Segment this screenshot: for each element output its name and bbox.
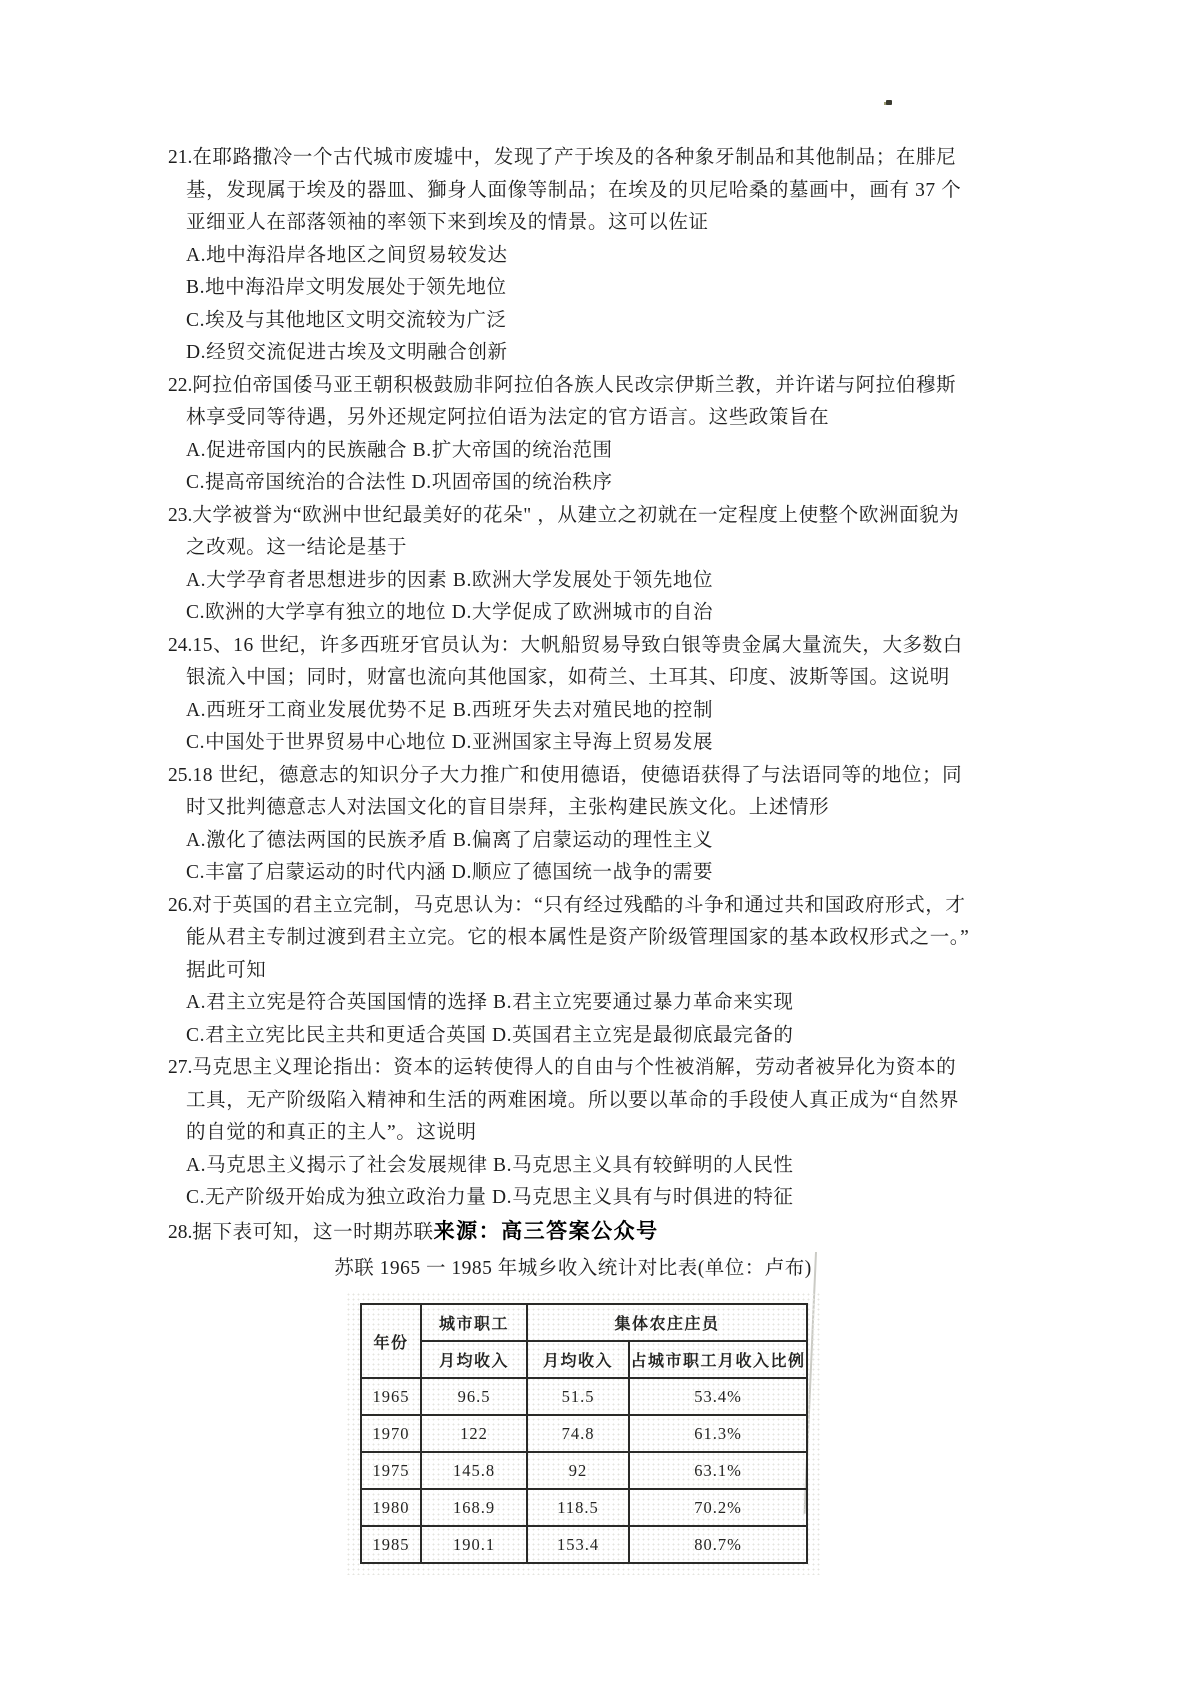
question-stem-line: 能从君主专制过渡到君主立完。它的根本属性是资产阶级管理国家的基本政权形式之一。” [168,922,978,955]
stem-text: 在耶路撒冷一个古代城市废墟中，发现了产于埃及的各种象牙制品和其他制品；在腓尼 [192,147,956,168]
stem-text: 大学被誉为“欧洲中世纪最美好的花朵" ，从建立之初就在一定程度上使整个欧洲面貌为 [192,505,959,526]
question-stem-line: 银流入中国；同时，财富也流向其他国家，如荷兰、土耳其、印度、波斯等国。这说明 [168,662,978,695]
question-25: 25.18 世纪，德意志的知识分子大力推广和使用德语，使德语获得了与法语同等的地… [168,760,978,890]
question-stem-line: 24.15、16 世纪，许多西班牙官员认为：大帆船贸易导致白银等贵金属大量流失，… [168,630,978,663]
cell-ratio: 61.3% [629,1415,807,1452]
option-line: C.埃及与其他地区文明交流较为广泛 [168,305,978,338]
question-stem-line: 时又批判德意志人对法国文化的盲目崇拜，主张构建民族文化。上述情形 [168,792,978,825]
question-stem-line: 据此可知 [168,955,978,988]
question-22: 22.阿拉伯帝国倭马亚王朝积极鼓励非阿拉伯各族人民改宗伊斯兰教，并许诺与阿拉伯穆… [168,370,978,500]
cell-farm-income: 51.5 [527,1378,629,1415]
question-stem-line: 之改观。这一结论是基于 [168,532,978,565]
cell-year: 1985 [361,1526,421,1563]
cell-urban-income: 122 [421,1415,527,1452]
option-line: A.马克思主义揭示了社会发展规律 B.马克思主义具有较鲜明的人民性 [168,1150,978,1183]
question-stem-line: 27.马克思主义理论指出：资本的运转使得人的自由与个性被消解，劳动者被异化为资本… [168,1052,978,1085]
cell-year: 1970 [361,1415,421,1452]
header-year: 年份 [361,1304,421,1378]
question-stem-line: 22.阿拉伯帝国倭马亚王朝积极鼓励非阿拉伯各族人民改宗伊斯兰教，并许诺与阿拉伯穆… [168,370,978,403]
cell-ratio: 53.4% [629,1378,807,1415]
table-title: 苏联 1965 一 1985 年城乡收入统计对比表(单位：卢布) [168,1252,978,1286]
cell-year: 1975 [361,1452,421,1489]
stem-text: 阿拉伯帝国倭马亚王朝积极鼓励非阿拉伯各族人民改宗伊斯兰教，并许诺与阿拉伯穆斯 [192,375,956,396]
question-stem-line: 21.在耶路撒冷一个古代城市废墟中，发现了产于埃及的各种象牙制品和其他制品；在腓… [168,142,978,175]
option-line: A.激化了德法两国的民族矛盾 B.偏离了启蒙运动的理性主义 [168,825,978,858]
income-table-region: 年份 城市职工 集体农庄庄员 月均收入 月均收入 占城市职工月收入比例 1965… [346,1292,822,1575]
stem-text: 马克思主义理论指出：资本的运转使得人的自由与个性被消解，劳动者被异化为资本的 [192,1057,956,1078]
question-list: 21.在耶路撒冷一个古代城市废墟中，发现了产于埃及的各种象牙制品和其他制品；在腓… [168,142,978,1575]
question-stem-line: 基，发现属于埃及的器皿、獅身人面像等制品；在埃及的贝尼哈桑的墓画中，画有 37 … [168,175,978,208]
option-line: A.促进帝国内的民族融合 B.扩大帝国的统治范围 [168,435,978,468]
watermark-text: 来源：高三答案公众号 [434,1219,659,1243]
question-21: 21.在耶路撒冷一个古代城市废墟中，发现了产于埃及的各种象牙制品和其他制品；在腓… [168,142,978,370]
question-stem-line: 25.18 世纪，德意志的知识分子大力推广和使用德语，使德语获得了与法语同等的地… [168,760,978,793]
header-urban-workers: 城市职工 [421,1304,527,1341]
question-number: 25. [168,765,192,786]
cell-ratio: 63.1% [629,1452,807,1489]
question-stem-line: 的自觉的和真正的主人”。这说明 [168,1117,978,1150]
cell-ratio: 80.7% [629,1526,807,1563]
question-24: 24.15、16 世纪，许多西班牙官员认为：大帆船贸易导致白银等贵金属大量流失，… [168,630,978,760]
option-line: C.无产阶级开始成为独立政治力量 D.马克思主义具有与时俱进的特征 [168,1182,978,1215]
stem-text: 15、16 世纪，许多西班牙官员认为：大帆船贸易导致白银等贵金属大量流失，大多数… [192,635,962,656]
header-income-ratio: 占城市职工月收入比例 [629,1341,807,1378]
question-27: 27.马克思主义理论指出：资本的运转使得人的自由与个性被消解，劳动者被异化为资本… [168,1052,978,1215]
question-number: 24. [168,635,192,656]
header-farm-monthly-income: 月均收入 [527,1341,629,1378]
option-line: C.提高帝国统治的合法性 D.巩固帝国的统治秩序 [168,467,978,500]
table-row: 1980 168.9 118.5 70.2% [361,1489,807,1526]
question-stem-line: 亚细亚人在部落领袖的率领下来到埃及的情景。这可以佐证 [168,207,978,240]
question-stem-line: 23.大学被誉为“欧洲中世纪最美好的花朵" ，从建立之初就在一定程度上使整个欧洲… [168,500,978,533]
question-number: 23. [168,505,192,526]
option-line: A.大学孕育者思想进步的因素 B.欧洲大学发展处于领先地位 [168,565,978,598]
question-26: 26.对于英国的君主立完制，马克思认为：“只有经过残酷的斗争和通过共和国政府形式… [168,890,978,1053]
cell-urban-income: 190.1 [421,1526,527,1563]
question-28: 28.据下表可知，这一时期苏联来源：高三答案公众号 苏联 1965 一 1985… [168,1215,978,1576]
cell-farm-income: 118.5 [527,1489,629,1526]
option-line: A.君主立宪是符合英国国情的选择 B.君主立宪要通过暴力革命来实现 [168,987,978,1020]
table-header-row: 年份 城市职工 集体农庄庄员 [361,1304,807,1341]
stem-text: 据下表可知，这一时期苏联 [192,1222,433,1243]
option-line: A.地中海沿岸各地区之间贸易较发达 [168,240,978,273]
cell-farm-income: 74.8 [527,1415,629,1452]
cell-farm-income: 153.4 [527,1526,629,1563]
cell-year: 1980 [361,1489,421,1526]
option-line: C.欧洲的大学享有独立的地位 D.大学促成了欧洲城市的自治 [168,597,978,630]
cell-urban-income: 96.5 [421,1378,527,1415]
question-number: 22. [168,375,192,396]
option-line: C.君主立宪比民主共和更适合英国 D.英国君主立宪是最彻底最完备的 [168,1020,978,1053]
question-number: 26. [168,895,192,916]
option-line: D.经贸交流促进古埃及文明融合创新 [168,337,978,370]
exam-page: 21.在耶路撒冷一个古代城市废墟中，发现了产于埃及的各种象牙制品和其他制品；在腓… [0,0,1200,1698]
scan-speck-artifact [886,100,892,105]
question-number: 27. [168,1057,192,1078]
cell-urban-income: 168.9 [421,1489,527,1526]
table-row: 1970 122 74.8 61.3% [361,1415,807,1452]
question-stem-line: 林享受同等待遇，另外还规定阿拉伯语为法定的官方语言。这些政策旨在 [168,402,978,435]
stem-text: 18 世纪，德意志的知识分子大力推广和使用德语，使德语获得了与法语同等的地位；同 [192,765,962,786]
income-table: 年份 城市职工 集体农庄庄员 月均收入 月均收入 占城市职工月收入比例 1965… [360,1303,808,1564]
cell-farm-income: 92 [527,1452,629,1489]
option-line: C.丰富了启蒙运动的时代内涵 D.顺应了德国统一战争的需要 [168,857,978,890]
question-23: 23.大学被誉为“欧洲中世纪最美好的花朵" ，从建立之初就在一定程度上使整个欧洲… [168,500,978,630]
question-stem-line: 工具，无产阶级陷入精神和生活的两难困境。所以要以革命的手段使人真正成为“自然界 [168,1085,978,1118]
question-number: 21. [168,147,192,168]
cell-ratio: 70.2% [629,1489,807,1526]
header-urban-monthly-income: 月均收入 [421,1341,527,1378]
table-row: 1975 145.8 92 63.1% [361,1452,807,1489]
cell-year: 1965 [361,1378,421,1415]
stem-text: 对于英国的君主立完制，马克思认为：“只有经过残酷的斗争和通过共和国政府形式，才 [192,895,965,916]
question-stem-line: 28.据下表可知，这一时期苏联来源：高三答案公众号 [168,1215,978,1250]
option-line: C.中国处于世界贸易中心地位 D.亚洲国家主导海上贸易发展 [168,727,978,760]
option-line: A.西班牙工商业发展优势不足 B.西班牙失去对殖民地的控制 [168,695,978,728]
option-line: B.地中海沿岸文明发展处于领先地位 [168,272,978,305]
table-row: 1965 96.5 51.5 53.4% [361,1378,807,1415]
header-farm-members: 集体农庄庄员 [527,1304,807,1341]
table-row: 1985 190.1 153.4 80.7% [361,1526,807,1563]
question-stem-line: 26.对于英国的君主立完制，马克思认为：“只有经过残酷的斗争和通过共和国政府形式… [168,890,978,923]
cell-urban-income: 145.8 [421,1452,527,1489]
question-number: 28. [168,1222,192,1243]
table-subheader-row: 月均收入 月均收入 占城市职工月收入比例 [361,1341,807,1378]
